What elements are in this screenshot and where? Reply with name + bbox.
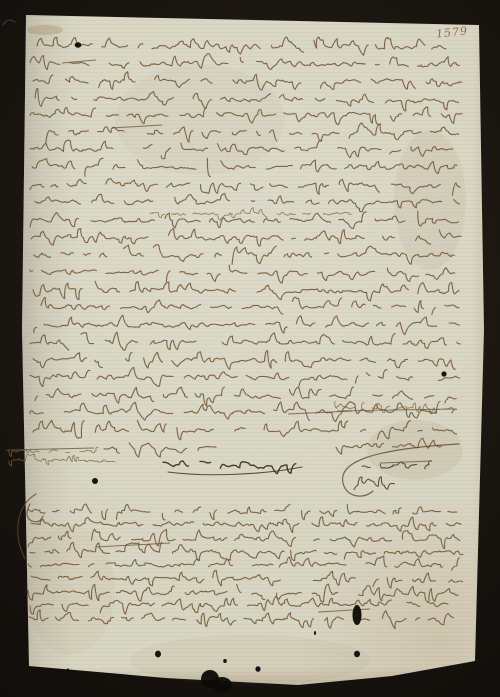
flourish-curve xyxy=(3,20,15,25)
photograph-background: 1579 xyxy=(0,0,500,697)
manuscript-page: 1579 xyxy=(0,0,500,697)
folio-number: 1579 xyxy=(435,24,468,40)
